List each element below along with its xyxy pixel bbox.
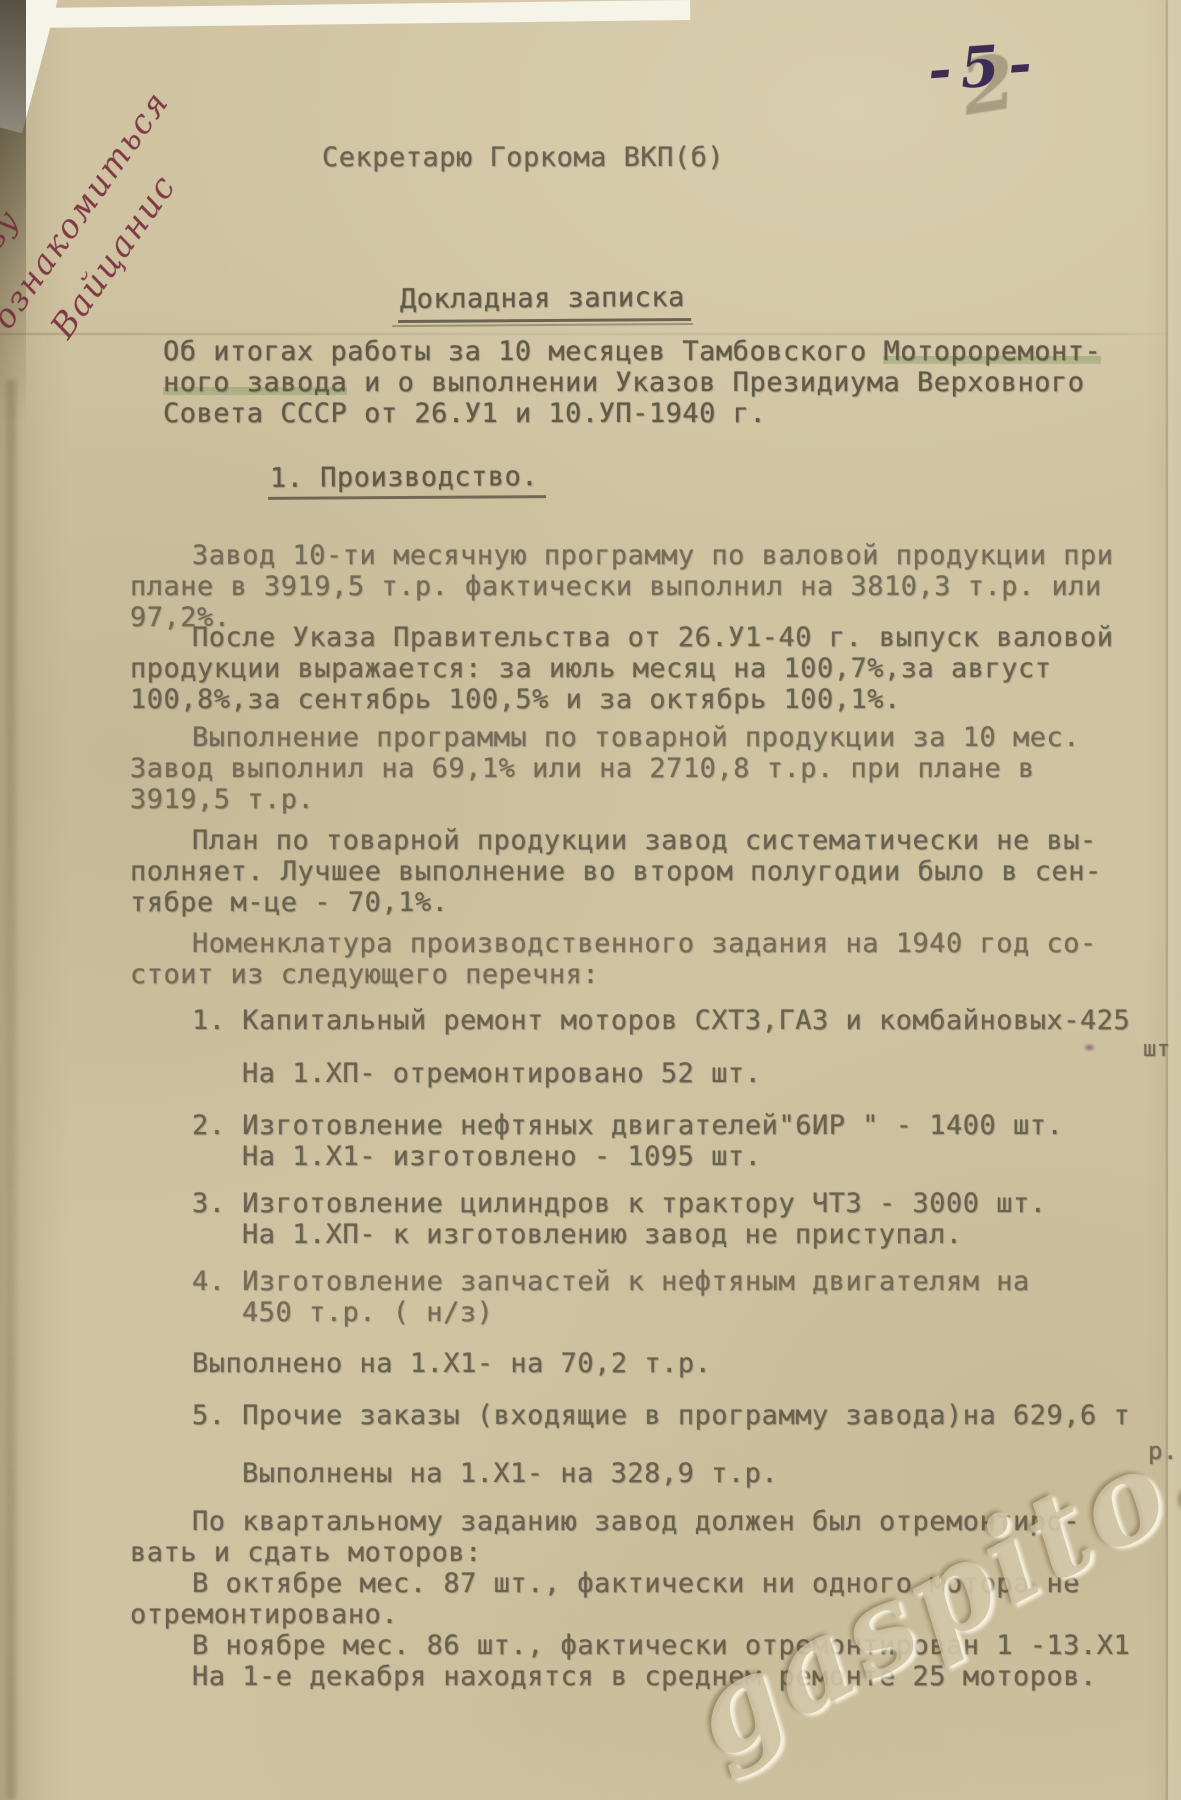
- horizontal-crease: [0, 333, 1181, 335]
- text-line: На 1-е декабря находятся в среднем ремон…: [192, 1661, 1130, 1692]
- text-line: 100,8%,за сентябрь 100,5% и за октябрь 1…: [130, 684, 1114, 715]
- paragraph: Выполнение программы по товарной продукц…: [130, 722, 1080, 815]
- text-line: тябре м-це - 70,1%.: [130, 887, 1102, 918]
- text-line: стоит из следующего перечня:: [130, 959, 1097, 990]
- section-heading-text: 1. Производство.: [268, 461, 546, 500]
- ink-blot: [1083, 1043, 1096, 1052]
- page-number: -5-: [926, 30, 1043, 104]
- text-line: продукции выражается: за июль месяц на 1…: [130, 653, 1114, 684]
- text-line: 4. Изготовление запчастей к нефтяным дви…: [192, 1266, 1030, 1297]
- list-item-1: 1. Капитальный ремонт моторов СХТЗ,ГАЗ и…: [130, 1005, 1130, 1036]
- list-item-1-result: На 1.ХП- отремонтировано 52 шт.: [242, 1058, 761, 1089]
- text-line: После Указа Правительства от 26.У1-40 г.…: [192, 622, 1114, 653]
- text-line: 2. Изготовление нефтяных двигателей"6ИР …: [192, 1110, 1063, 1141]
- text-line: 1. Капитальный ремонт моторов СХТЗ,ГАЗ и…: [192, 1005, 1130, 1036]
- subject-line: Совета СССР от 26.У1 и 10.УП-1940 г.: [163, 398, 1101, 429]
- scanner-edge-strip: [0, 0, 690, 28]
- text-line: 3919,5 т.р.: [130, 784, 1080, 815]
- title-text: Докладная записка: [398, 282, 691, 323]
- paragraph: Номенклатура производственного задания н…: [130, 928, 1097, 990]
- paragraph: Выполнено на 1.Х1- на 70,2 т.р.: [192, 1348, 711, 1379]
- paragraph: План по товарной продукции завод система…: [130, 825, 1102, 918]
- wrapped-unit: шт: [1143, 1034, 1171, 1065]
- green-underlined-text: Мотороремонт-: [883, 336, 1101, 367]
- section-heading: 1. Производство.: [268, 462, 546, 499]
- text-line: План по товарной продукции завод система…: [192, 825, 1102, 856]
- text-line: 450 т.р. ( н/з): [242, 1297, 1030, 1328]
- text-line: Номенклатура производственного задания н…: [192, 928, 1097, 959]
- text-line: На 1.ХП- к изготовлению завод не приступ…: [242, 1219, 1047, 1250]
- text-line: Завод выполнил на 69,1% или на 2710,8 т.…: [130, 753, 1080, 784]
- list-item-5-result: Выполнены на 1.Х1- на 328,9 т.р.: [242, 1458, 778, 1489]
- text-line: Выполнение программы по товарной продукц…: [192, 722, 1080, 753]
- paragraph: Завод 10-ти месячную программу по валово…: [130, 540, 1114, 633]
- paragraph: После Указа Правительства от 26.У1-40 г.…: [130, 622, 1114, 715]
- document-title: Докладная записка: [398, 283, 691, 322]
- list-item-2: 2. Изготовление нефтяных двигателей"6ИР …: [130, 1110, 1063, 1172]
- text-line: полняет. Лучшее выполнение во втором пол…: [130, 856, 1102, 887]
- list-item-5: 5. Прочие заказы (входящие в программу з…: [130, 1400, 1130, 1431]
- text-line: Завод 10-ти месячную программу по валово…: [192, 540, 1114, 571]
- text-line: 5. Прочие заказы (входящие в программу з…: [192, 1400, 1130, 1431]
- green-underlined-text: ного завода: [163, 367, 347, 398]
- text-line: плане в 3919,5 т.р. фактически выполнил …: [130, 571, 1114, 602]
- subject-line: Об итогах работы за 10 месяцев Тамбовско…: [163, 336, 1101, 367]
- subject-paragraph: Об итогах работы за 10 месяцев Тамбовско…: [163, 336, 1101, 429]
- text-line: На 1.Х1- изготовлено - 1095 шт.: [242, 1141, 1063, 1172]
- list-item-3: 3. Изготовление цилиндров к трактору ЧТЗ…: [130, 1188, 1047, 1250]
- addressee-line: Секретарю Горкома ВКП(б): [322, 142, 724, 173]
- page-edge-shadow: [6, 380, 16, 1800]
- list-item-4: 4. Изготовление запчастей к нефтяным дви…: [130, 1266, 1030, 1328]
- scanned-document-page: 2 -5- ееву ознакомиться Вайцанис Секрета…: [0, 0, 1181, 1800]
- text-line: 3. Изготовление цилиндров к трактору ЧТЗ…: [192, 1188, 1047, 1219]
- subject-line: ного завода и о выполнении Указов Презид…: [163, 367, 1101, 398]
